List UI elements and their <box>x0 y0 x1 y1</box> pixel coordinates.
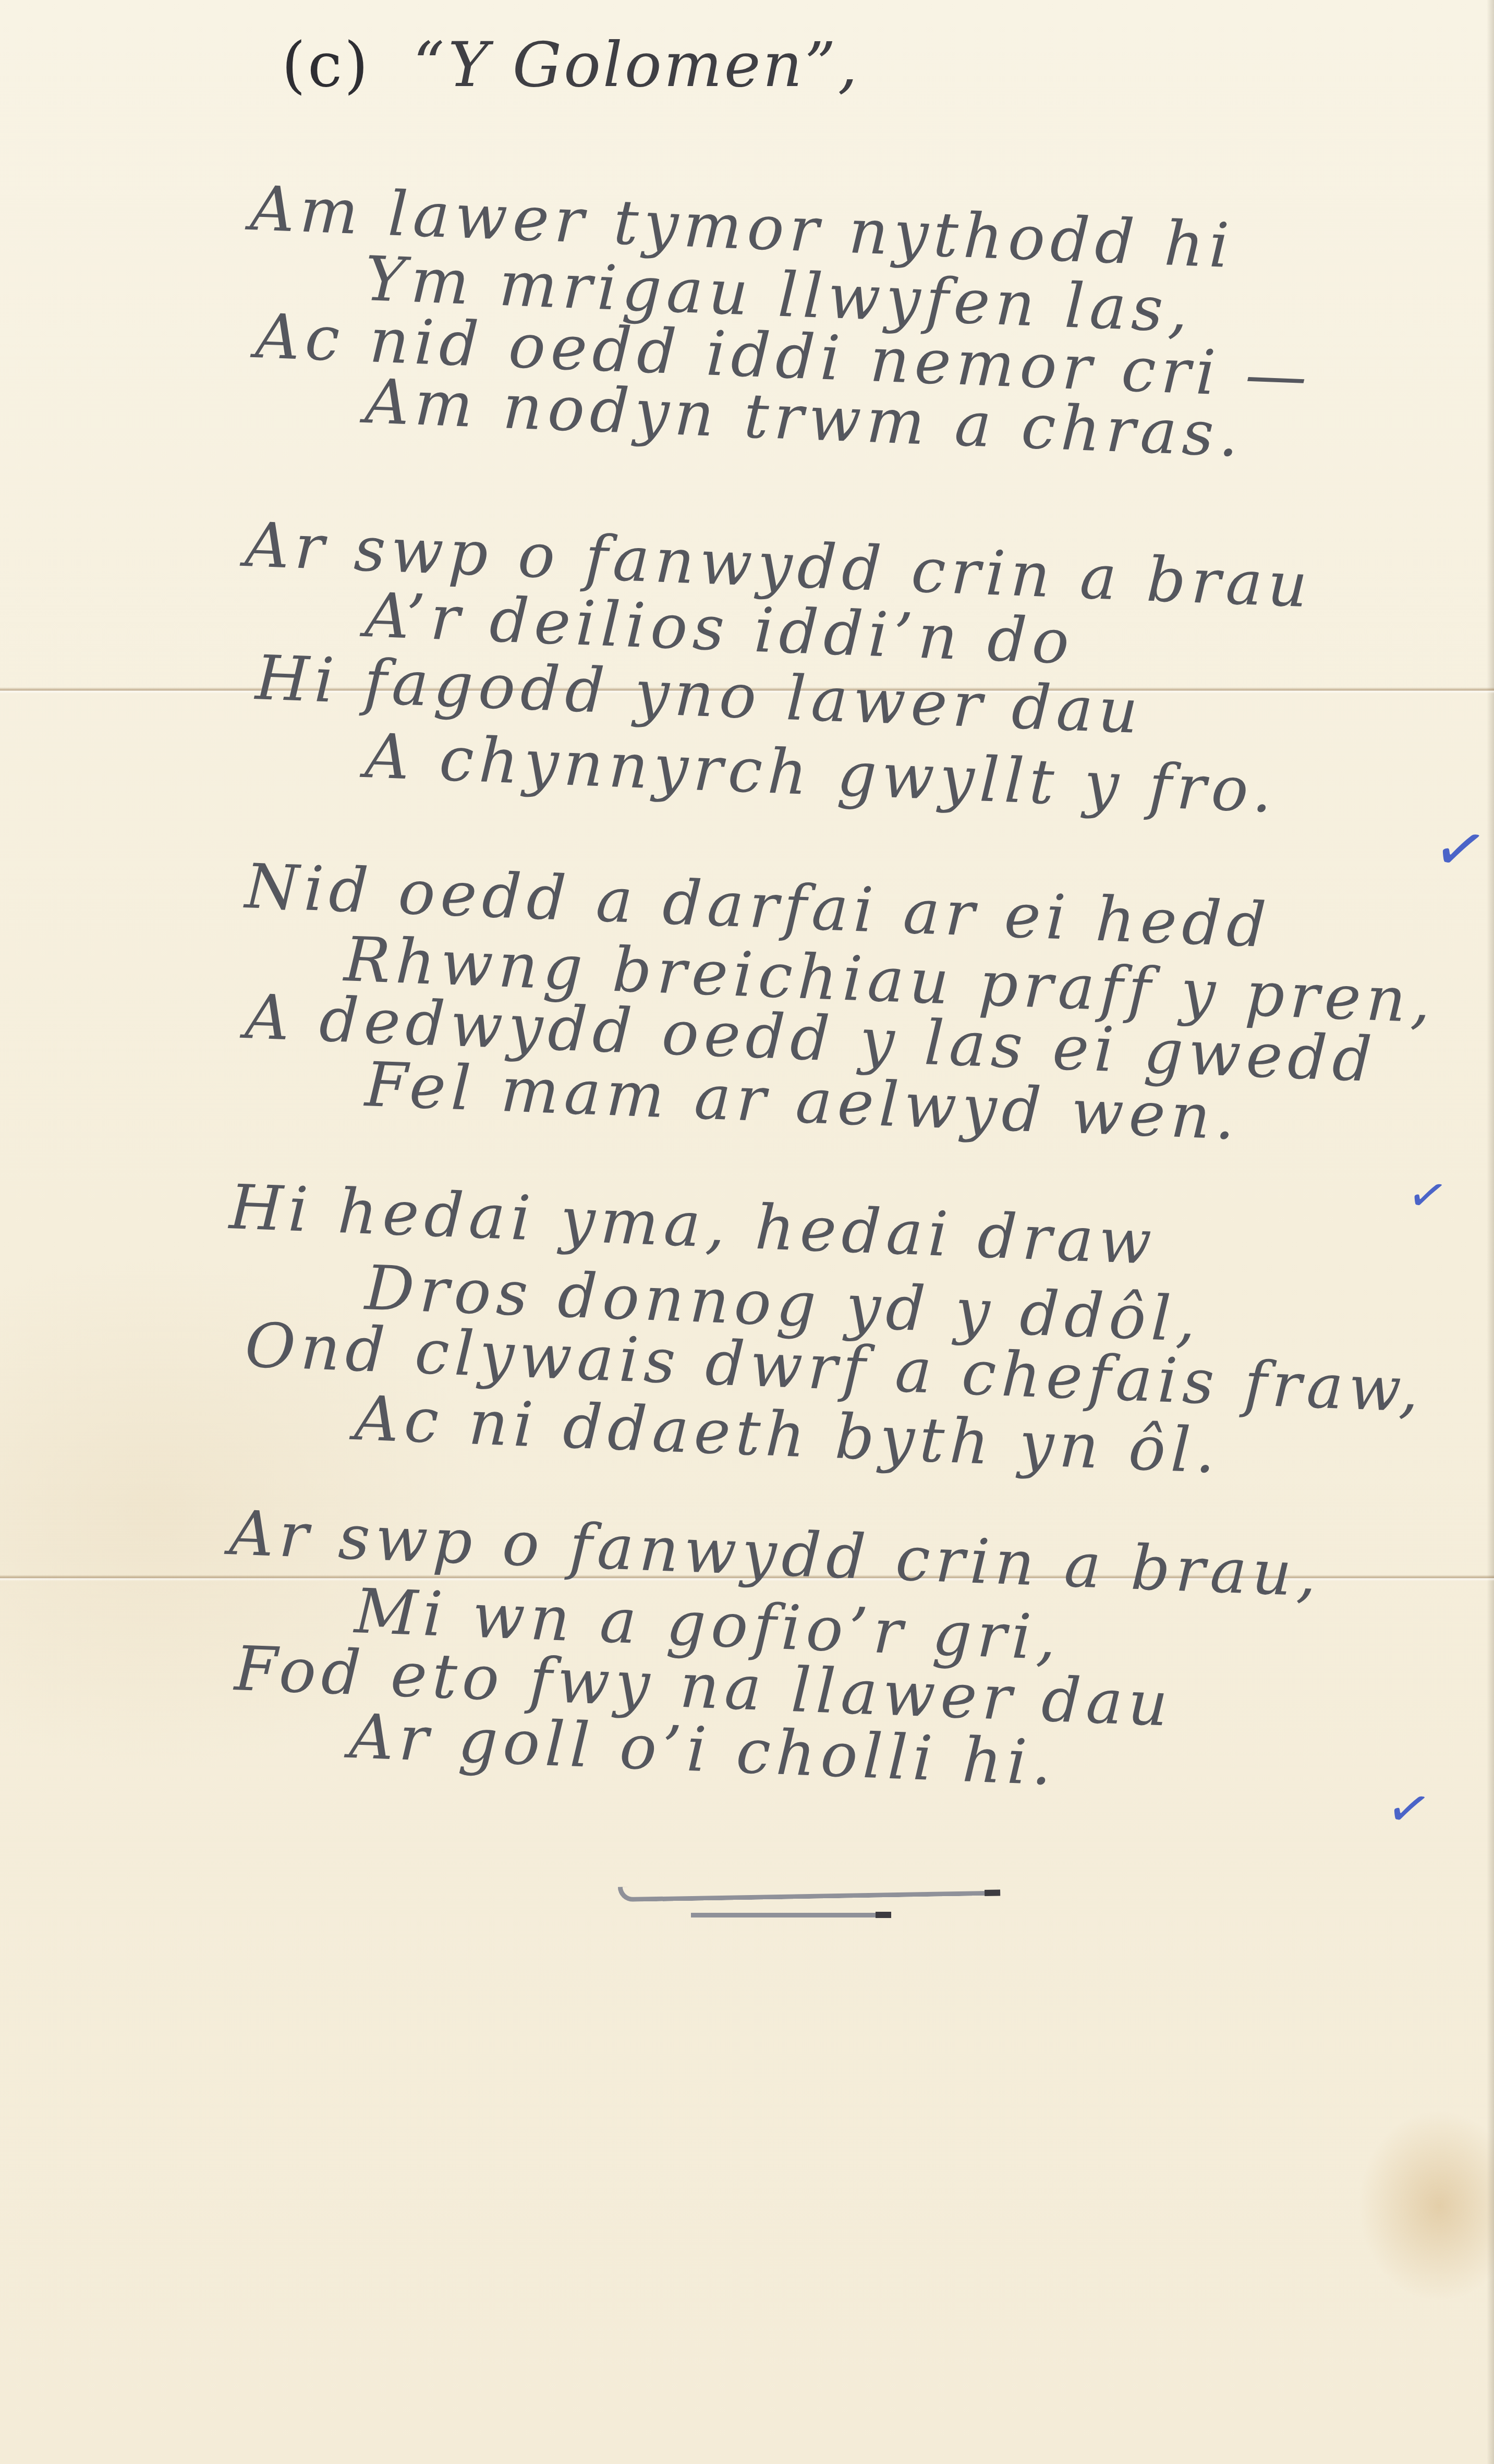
closing-flourish <box>691 1913 889 1917</box>
check-mark-icon: ✓ <box>1403 1164 1453 1226</box>
poem-title: (c) “Y Golomen”, <box>282 29 859 101</box>
closing-flourish <box>618 1880 998 1902</box>
title-text: “Y Golomen”, <box>413 29 860 101</box>
check-mark-icon: ✓ <box>1427 809 1493 891</box>
check-mark-icon: ✓ <box>1381 1775 1437 1843</box>
paper-edge <box>1487 0 1494 2464</box>
section-label: (c) <box>282 29 370 101</box>
